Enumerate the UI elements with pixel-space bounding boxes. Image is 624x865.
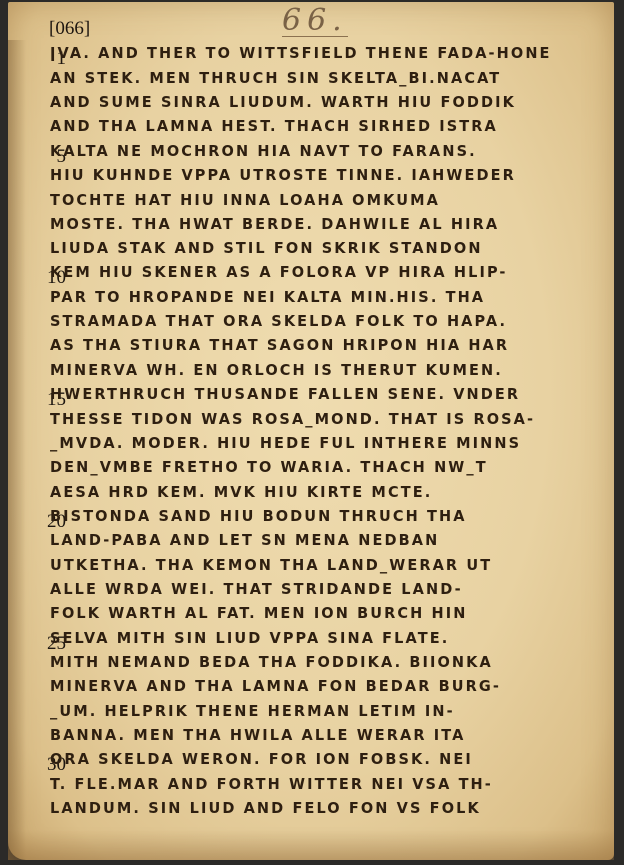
text-line: T. FLE.MAR AND FORTH WITTER NEI VSA TH- [0,777,624,803]
text-line: AESA HRD KEM. MVK HIU KIRTE MCTE. [0,485,624,511]
edge-stain-bottom [8,830,614,860]
line-text: T. FLE.MAR AND FORTH WITTER NEI VSA TH- [50,777,493,794]
text-line: LAND-PABA AND LET SN MENA NEDBAN [0,533,624,559]
line-text: ORA SKELDA WERON. FOR ION FOBSK. NEI [50,752,473,769]
line-text: AN STEK. MEN THRUCH SIN SKELTA_BI.NACAT [50,71,501,88]
text-line: THESSE TIDON WAS ROSA_MOND. THAT IS ROSA… [0,412,624,438]
text-line: UTKETHA. THA KEMON THA LAND_WERAR UT [0,558,624,584]
text-line: AS THA STIURA THAT SAGON HRIPON HIA HAR [0,338,624,364]
line-text: AND THA LAMNA HEST. THACH SIRHED ISTRA [50,119,498,136]
line-text: FOLK WARTH AL FAT. MEN ION BURCH HIN [50,606,468,623]
line-text: HIU KUHNDE VPPA UTROSTE TINNE. IAHWEDER [50,168,516,185]
text-line: TOCHTE HAT HIU INNA LOAHA OMKUMA [0,193,624,219]
line-text: PAR TO HROPANDE NEI KALTA MIN.HIS. THA [50,290,485,307]
text-line: 25SELVA MITH SIN LIUD VPPA SINA FLATE. [0,631,624,657]
text-line: PAR TO HROPANDE NEI KALTA MIN.HIS. THA [0,290,624,316]
text-line: LIUDA STAK AND STIL FON SKRIK STANDON [0,241,624,267]
line-text: TOCHTE HAT HIU INNA LOAHA OMKUMA [50,193,440,210]
text-line: _MVDA. MODER. HIU HEDE FUL INTHERE MINNS [0,436,624,462]
text-line: FOLK WARTH AL FAT. MEN ION BURCH HIN [0,606,624,632]
line-text: HWERTHRUCH THUSANDE FALLEN SENE. VNDER [50,387,520,404]
text-line: AN STEK. MEN THRUCH SIN SKELTA_BI.NACAT [0,71,624,97]
line-text: MINERVA WH. EN ORLOCH IS THERUT KUMEN. [50,363,503,380]
line-text: SELVA MITH SIN LIUD VPPA SINA FLATE. [50,631,449,648]
text-line: AND SUME SINRA LIUDUM. WARTH HIU FODDIK [0,95,624,121]
line-text: AND SUME SINRA LIUDUM. WARTH HIU FODDIK [50,95,516,112]
text-line: 10KEM HIU SKENER AS A FOLORA VP HIRA HLI… [0,265,624,291]
text-line: _UM. HELPRIK THENE HERMAN LETIM IN- [0,704,624,730]
text-line: 30ORA SKELDA WERON. FOR ION FOBSK. NEI [0,752,624,778]
line-text: KALTA NE MOCHRON HIA NAVT TO FARANS. [50,144,477,161]
text-line: DEN_VMBE FRETHO TO WARIA. THACH NW_T [0,460,624,486]
line-text: LIUDA STAK AND STIL FON SKRIK STANDON [50,241,483,258]
line-text: STRAMADA THAT ORA SKELDA FOLK TO HAPA. [50,314,507,331]
text-line: ALLE WRDA WEI. THAT STRIDANDE LAND- [0,582,624,608]
line-text: BISTONDA SAND HIU BODUN THRUCH THA [50,509,467,526]
text-line: MINERVA AND THA LAMNA FON BEDAR BURG- [0,679,624,705]
text-line: BANNA. MEN THA HWILA ALLE WERAR ITA [0,728,624,754]
page-number: 66. [282,6,348,37]
text-line: AND THA LAMNA HEST. THACH SIRHED ISTRA [0,119,624,145]
text-line: LANDUM. SIN LIUD AND FELO FON VS FOLK [0,801,624,827]
line-text: KEM HIU SKENER AS A FOLORA VP HIRA HLIP- [50,265,508,282]
line-text: ALLE WRDA WEI. THAT STRIDANDE LAND- [50,582,463,599]
folio-label: [066] [49,18,90,40]
line-text: MITH NEMAND BEDA THA FODDIKA. BIIONKA [50,655,493,672]
line-text: LANDUM. SIN LIUD AND FELO FON VS FOLK [50,801,481,818]
line-text: AS THA STIURA THAT SAGON HRIPON HIA HAR [50,338,509,355]
line-text: _UM. HELPRIK THENE HERMAN LETIM IN- [50,704,455,721]
text-line: 5KALTA NE MOCHRON HIA NAVT TO FARANS. [0,144,624,170]
text-line: 15HWERTHRUCH THUSANDE FALLEN SENE. VNDER [0,387,624,413]
line-text: LAND-PABA AND LET SN MENA NEDBAN [50,533,439,550]
text-line: MITH NEMAND BEDA THA FODDIKA. BIIONKA [0,655,624,681]
text-line: MOSTE. THA HWAT BERDE. DAHWILE AL HIRA [0,217,624,243]
line-text: MINERVA AND THA LAMNA FON BEDAR BURG- [50,679,501,696]
text-line: HIU KUHNDE VPPA UTROSTE TINNE. IAHWEDER [0,168,624,194]
line-text: AESA HRD KEM. MVK HIU KIRTE MCTE. [50,485,432,502]
text-line: STRAMADA THAT ORA SKELDA FOLK TO HAPA. [0,314,624,340]
text-line: 1ǀVA. AND THER TO WITTSFIELD THENE FADA-… [0,46,624,72]
line-text: _MVDA. MODER. HIU HEDE FUL INTHERE MINNS [50,436,521,453]
line-text: THESSE TIDON WAS ROSA_MOND. THAT IS ROSA… [50,412,535,429]
text-line: MINERVA WH. EN ORLOCH IS THERUT KUMEN. [0,363,624,389]
line-text: ǀVA. AND THER TO WITTSFIELD THENE FADA-H… [50,46,552,63]
line-text: UTKETHA. THA KEMON THA LAND_WERAR UT [50,558,492,575]
line-text: DEN_VMBE FRETHO TO WARIA. THACH NW_T [50,460,488,477]
text-line: 20BISTONDA SAND HIU BODUN THRUCH THA [0,509,624,535]
line-text: BANNA. MEN THA HWILA ALLE WERAR ITA [50,728,465,745]
line-text: MOSTE. THA HWAT BERDE. DAHWILE AL HIRA [50,217,499,234]
